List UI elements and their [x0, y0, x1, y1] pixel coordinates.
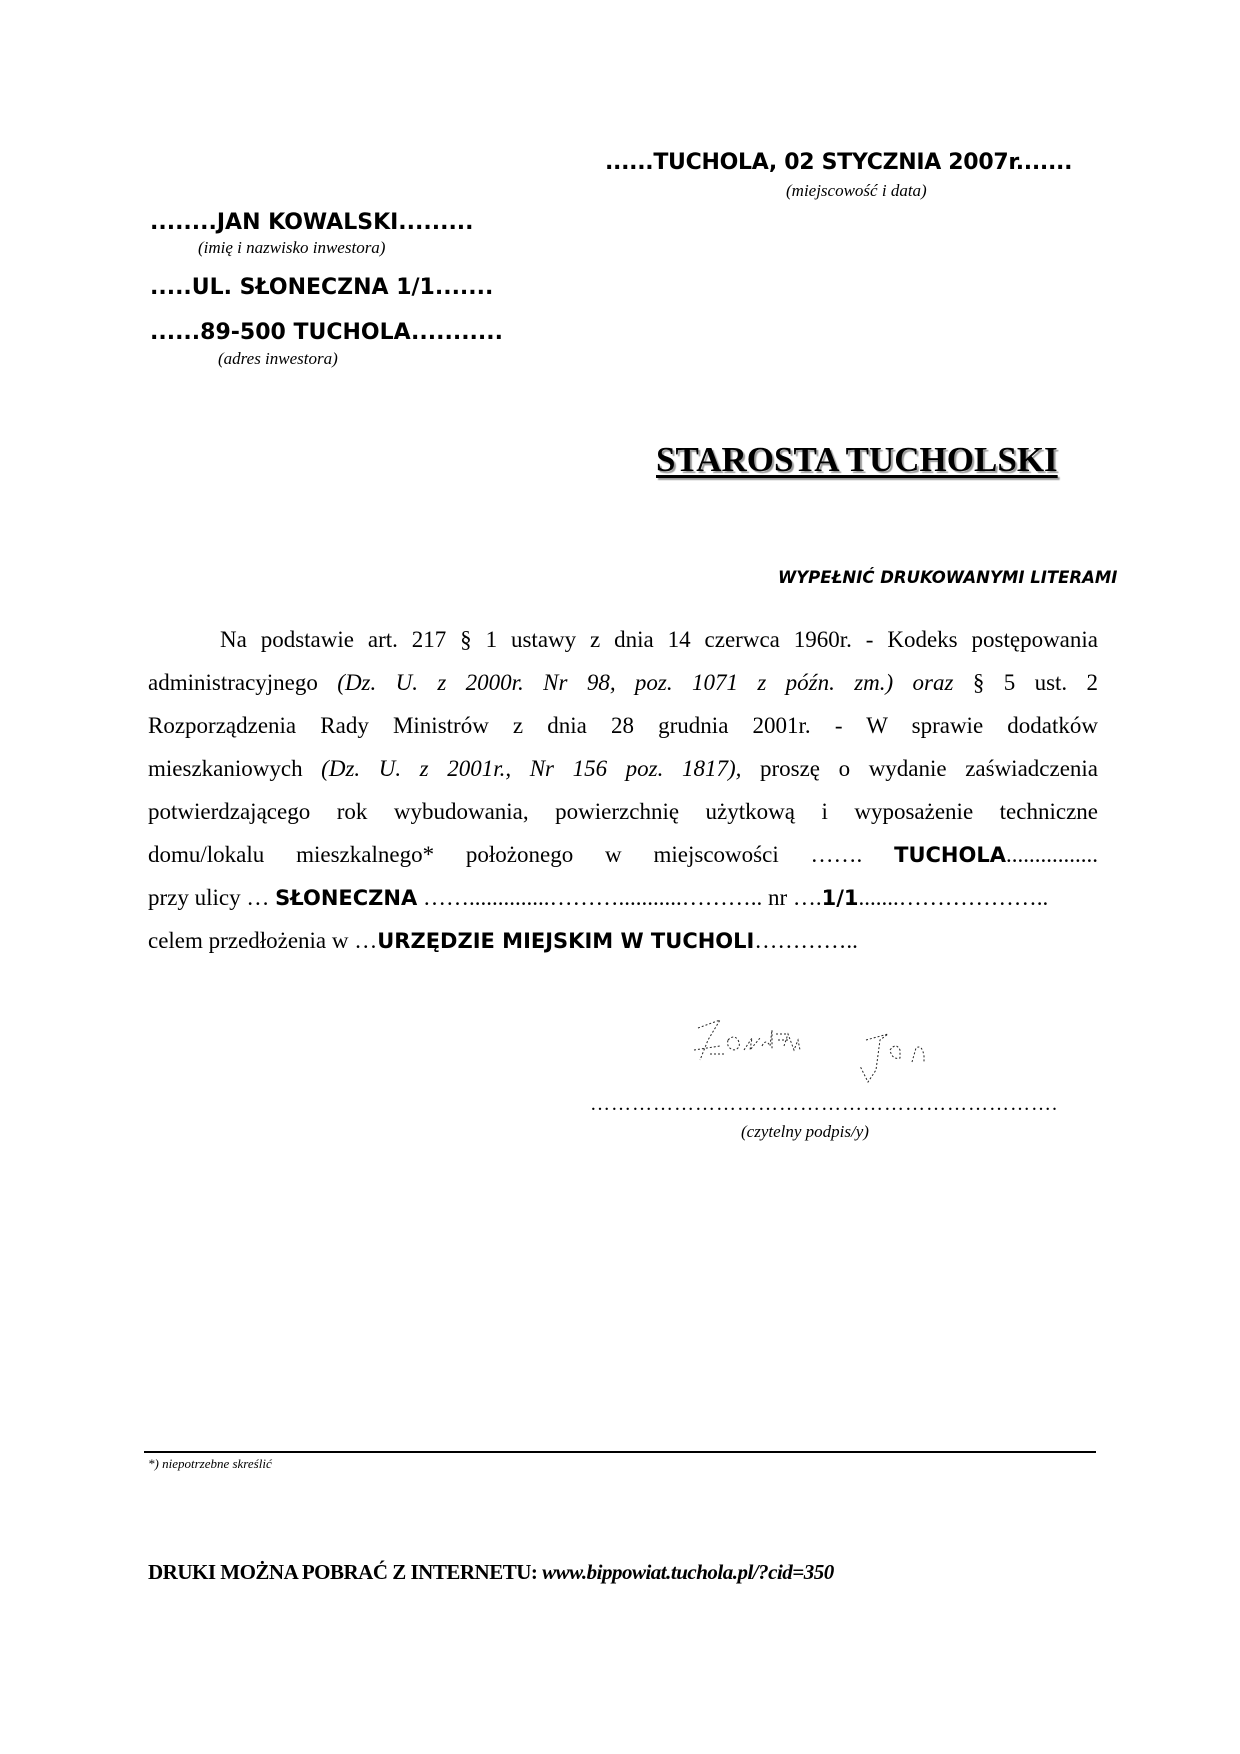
investor-street-field: .....UL. SŁONECZNA 1/1....... — [150, 275, 493, 300]
footnote-divider — [144, 1451, 1096, 1453]
legal-citation-1: (Dz. U. z 2000r. Nr 98, poz. 1071 z późn… — [337, 670, 953, 695]
investor-name-caption: (imię i nazwisko inwestora) — [198, 238, 385, 258]
investor-name-field: ........JAN KOWALSKI......... — [150, 210, 474, 235]
download-label: DRUKI MOŻNA POBRAĆ Z INTERNETU: — [148, 1560, 537, 1584]
request-paragraph: Na podstawie art. 217 § 1 ustawy z dnia … — [148, 618, 1098, 962]
body-line-7: przy ulicy … SŁONECZNA ……..............…… — [148, 876, 1098, 919]
street-field: SŁONECZNA — [275, 886, 417, 910]
download-info: DRUKI MOŻNA POBRAĆ Z INTERNETU: www.bipp… — [148, 1560, 834, 1585]
body-line-5: potwierdzającego rok wybudowania, powier… — [148, 790, 1098, 833]
download-link[interactable]: www.bippowiat.tuchola.pl/?cid=350 — [542, 1560, 834, 1584]
purpose-office-field: URZĘDZIE MIEJSKIM W TUCHOLI — [377, 929, 754, 953]
place-date-field: ......TUCHOLA, 02 STYCZNIA 2007r....... — [605, 150, 1072, 175]
signature-line: …………………………………………………………. — [590, 1093, 1058, 1116]
body-line-6: domu/lokalu mieszkalnego* położonego w m… — [148, 833, 1098, 876]
body-line-2: administracyjnego (Dz. U. z 2000r. Nr 98… — [148, 661, 1098, 704]
body-line-8: celem przedłożenia w …URZĘDZIE MIEJSKIM … — [148, 919, 1098, 962]
body-line-4: mieszkaniowych (Dz. U. z 2001r., Nr 156 … — [148, 747, 1098, 790]
place-date-caption: (miejscowość i data) — [786, 181, 927, 201]
investor-city-field: ......89-500 TUCHOLA........... — [150, 320, 503, 345]
investor-address-caption: (adres inwestora) — [218, 349, 338, 369]
body-line-1: Na podstawie art. 217 § 1 ustawy z dnia … — [148, 618, 1098, 661]
legal-citation-2: (Dz. U. z 2001r., Nr 156 poz. 1817), — [321, 756, 741, 781]
fill-instruction: WYPEŁNIĆ DRUKOWANYMI LITERAMI — [778, 568, 1117, 587]
addressee-title: STAROSTA TUCHOLSKI — [656, 440, 1058, 480]
house-number-field: 1/1 — [822, 886, 859, 910]
body-line-3: Rozporządzenia Rady Ministrów z dnia 28 … — [148, 704, 1098, 747]
locality-field: TUCHOLA — [894, 843, 1006, 867]
signature-caption: (czytelny podpis/y) — [741, 1122, 869, 1142]
handwritten-signature — [680, 1010, 960, 1100]
footnote: *) niepotrzebne skreślić — [148, 1456, 272, 1472]
